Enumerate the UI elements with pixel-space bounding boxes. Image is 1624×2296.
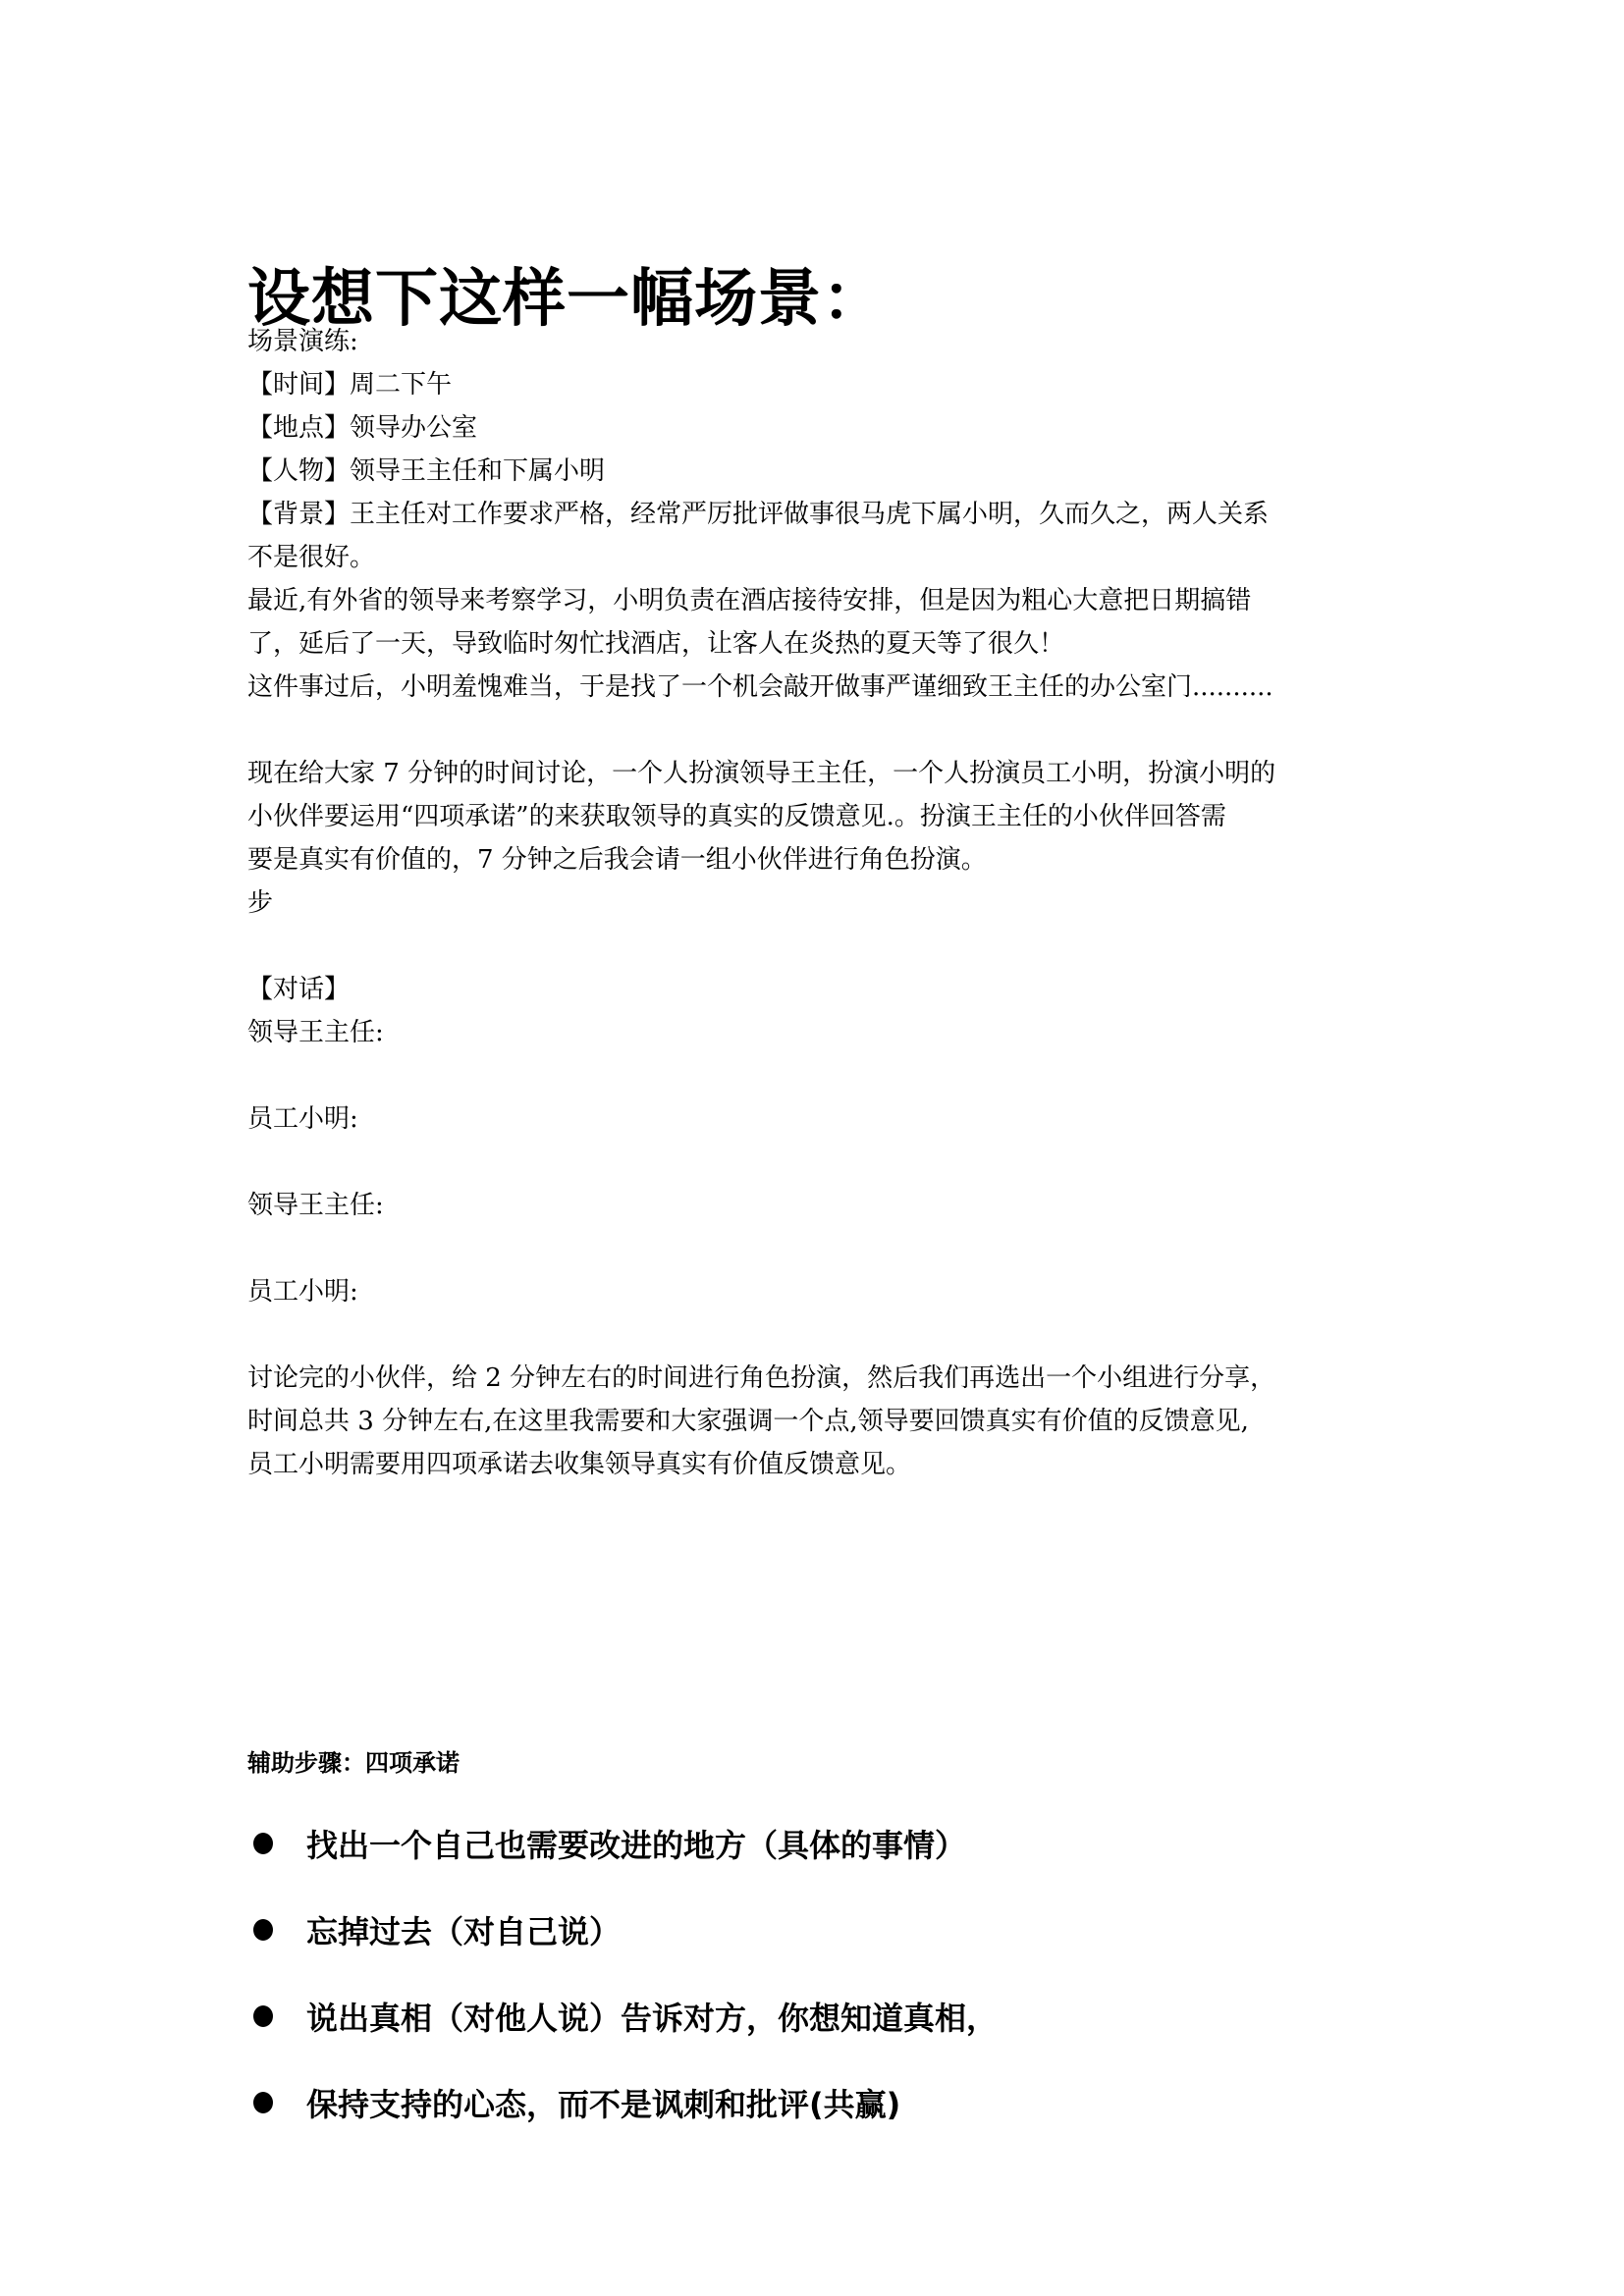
dialogue-speaker-employee-1: 员工小明:	[247, 1097, 1386, 1141]
steps-heading: 辅助步骤：四项承诺	[247, 1743, 460, 1783]
spacer	[247, 1054, 1386, 1097]
bullet-icon	[253, 2092, 273, 2113]
dialogue-speaker-leader-2: 领导王主任:	[247, 1184, 1386, 1227]
closing-line-2: 时间总共 3 分钟左右,在这里我需要和大家强调一个点,领导要回馈真实有价值的反馈…	[247, 1400, 1386, 1443]
dialogue-speaker-leader-1: 领导王主任:	[247, 1011, 1386, 1054]
bullet-icon	[253, 1833, 273, 1854]
dialogue-speaker-employee-2: 员工小明:	[247, 1270, 1386, 1313]
scenario-section: 场景演练: 【时间】周二下午 【地点】领导办公室 【人物】领导王主任和下属小明 …	[247, 320, 1386, 1486]
spacer	[247, 1227, 1386, 1270]
scenario-recent-line-2: 了，延后了一天，导致临时匆忙找酒店，让客人在炎热的夏天等了很久！	[247, 622, 1386, 666]
scenario-after-line: 这件事过后，小明羞愧难当，于是找了一个机会敲开做事严谨细致王主任的办公室门...…	[247, 666, 1386, 709]
steps-list: 找出一个自己也需要改进的地方（具体的事情） 忘掉过去（对自己说） 说出真相（对他…	[247, 1800, 998, 2146]
bullet-icon	[253, 1919, 273, 1941]
scenario-background-line-2: 不是很好。	[247, 536, 1386, 579]
scenario-place: 【地点】领导办公室	[247, 406, 1386, 450]
dialogue-heading: 【对话】	[247, 968, 1386, 1011]
scenario-label: 场景演练:	[247, 320, 1386, 363]
instructions-line-3: 要是真实有价值的，7 分钟之后我会请一组小伙伴进行角色扮演。	[247, 838, 1386, 881]
spacer	[247, 709, 1386, 752]
step-text: 忘掉过去（对自己说）	[306, 1907, 621, 1952]
bullet-icon	[253, 2005, 273, 2027]
instructions-line-4: 步	[247, 881, 1386, 925]
instructions-line-2: 小伙伴要运用“四项承诺”的来获取领导的真实的反馈意见.。扮演王主任的小伙伴回答需	[247, 795, 1386, 838]
scenario-time: 【时间】周二下午	[247, 363, 1386, 406]
step-item: 忘掉过去（对自己说）	[247, 1887, 998, 1973]
step-text: 说出真相（对他人说）告诉对方，你想知道真相，	[306, 1994, 998, 2039]
step-item: 找出一个自己也需要改进的地方（具体的事情）	[247, 1800, 998, 1887]
spacer	[247, 1313, 1386, 1357]
scenario-recent-line-1: 最近,有外省的领导来考察学习，小明负责在酒店接待安排，但是因为粗心大意把日期搞错	[247, 579, 1386, 622]
step-text: 找出一个自己也需要改进的地方（具体的事情）	[306, 1821, 966, 1866]
instructions-line-1: 现在给大家 7 分钟的时间讨论，一个人扮演领导王主任，一个人扮演员工小明，扮演小…	[247, 752, 1386, 795]
step-item: 保持支持的心态，而不是讽刺和批评(共赢)	[247, 2059, 998, 2146]
scenario-people: 【人物】领导王主任和下属小明	[247, 450, 1386, 493]
scenario-background-line-1: 【背景】王主任对工作要求严格，经常严厉批评做事很马虎下属小明，久而久之，两人关系	[247, 493, 1386, 536]
step-text: 保持支持的心态，而不是讽刺和批评(共赢)	[306, 2080, 900, 2125]
step-item: 说出真相（对他人说）告诉对方，你想知道真相，	[247, 1973, 998, 2059]
spacer	[247, 1141, 1386, 1184]
closing-line-3: 员工小明需要用四项承诺去收集领导真实有价值反馈意见。	[247, 1443, 1386, 1486]
spacer	[247, 925, 1386, 968]
closing-line-1: 讨论完的小伙伴，给 2 分钟左右的时间进行角色扮演，然后我们再选出一个小组进行分…	[247, 1357, 1386, 1400]
